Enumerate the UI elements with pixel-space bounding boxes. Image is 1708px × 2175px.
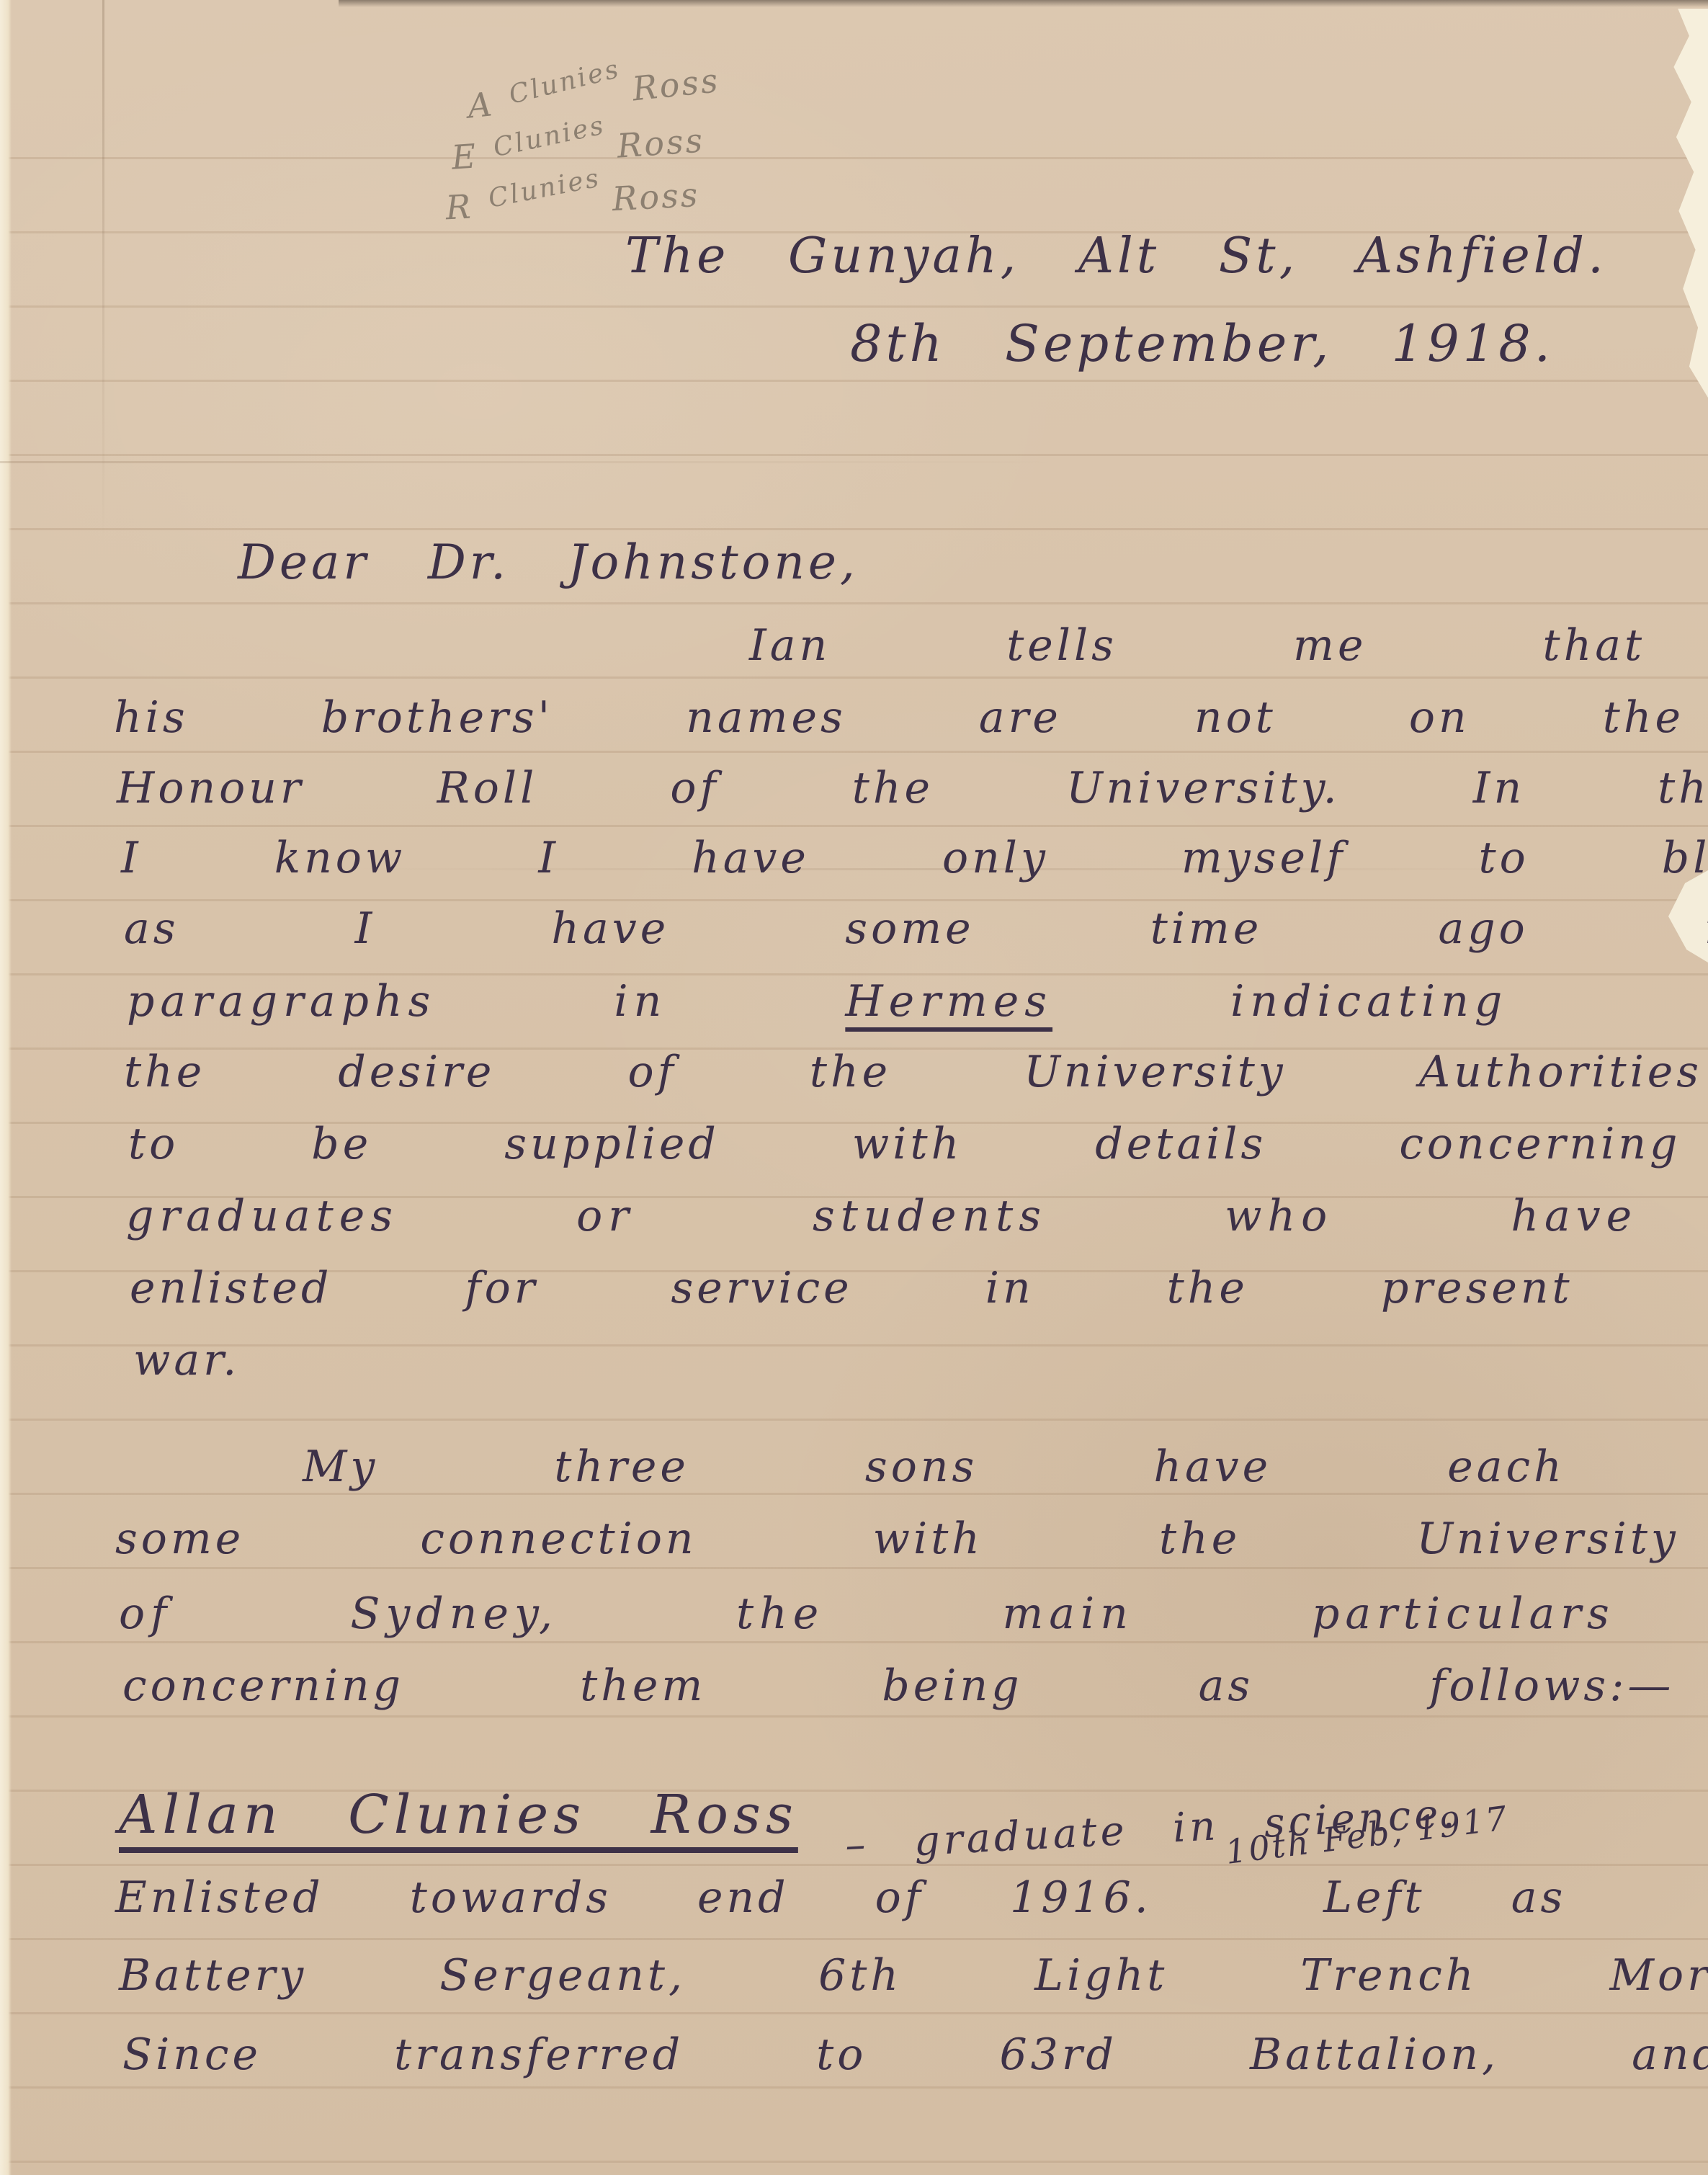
salutation: Dear Dr. Johnstone, (238, 539, 859, 586)
body-line: I know I have only myself to blame (121, 836, 1708, 880)
body-line: of Sydney, the main particulars (119, 1592, 1615, 1635)
sender-address: The Gunyah, Alt St, Ashfield. (625, 232, 1607, 281)
letter-date: 8th September, 1918. (850, 318, 1554, 369)
body-line: Battery Sergeant, 6th Light Trench Morta… (119, 1954, 1708, 1997)
body-line: Enlisted towards end of 1916. Left as (115, 1876, 1566, 1919)
body-line: his brothers' names are not on the (114, 696, 1684, 739)
body-line-part: paragraphs in (127, 976, 667, 1027)
underlined-word-hermes: Hermes (845, 976, 1052, 1027)
body-line: enlisted for service in the present (130, 1267, 1573, 1310)
body-line-part: indicating (1230, 976, 1508, 1027)
son-name: Allan Clunies Ross (119, 1784, 798, 1846)
body-line: to be supplied with details concerning (128, 1122, 1681, 1166)
body-line: Ian tells me that (749, 624, 1645, 667)
annotation-initial: R (444, 187, 473, 227)
paper-top-edge-shadow (339, 0, 1708, 7)
body-line: My three sons have each had (303, 1445, 1708, 1488)
body-line: concerning them being as follows:— (122, 1664, 1674, 1707)
torn-top-right-corner (1666, 9, 1708, 398)
body-line: Since transferred to 63rd Battalion, and (122, 2033, 1708, 2076)
horizontal-crease (0, 461, 1059, 463)
body-line: war. (133, 1339, 240, 1382)
body-line: some connection with the University (115, 1517, 1679, 1560)
body-line-with-underline: paragraphs in Hermes indicating (127, 980, 1508, 1023)
body-line: as I have some time ago noticed (124, 907, 1708, 950)
annotation-inserted-word: Clunies (486, 163, 604, 213)
vertical-crease (102, 0, 104, 548)
paper-left-edge (0, 0, 12, 2175)
letter-page: ACluniesRoss ECluniesRoss RCluniesRoss T… (0, 0, 1708, 2175)
annotation-surname: Ross (611, 175, 700, 218)
body-line: the desire of the University Authorities (124, 1050, 1702, 1094)
body-line: Honour Roll of the University. In this (117, 767, 1708, 810)
body-line: graduates or students who have (126, 1194, 1637, 1238)
